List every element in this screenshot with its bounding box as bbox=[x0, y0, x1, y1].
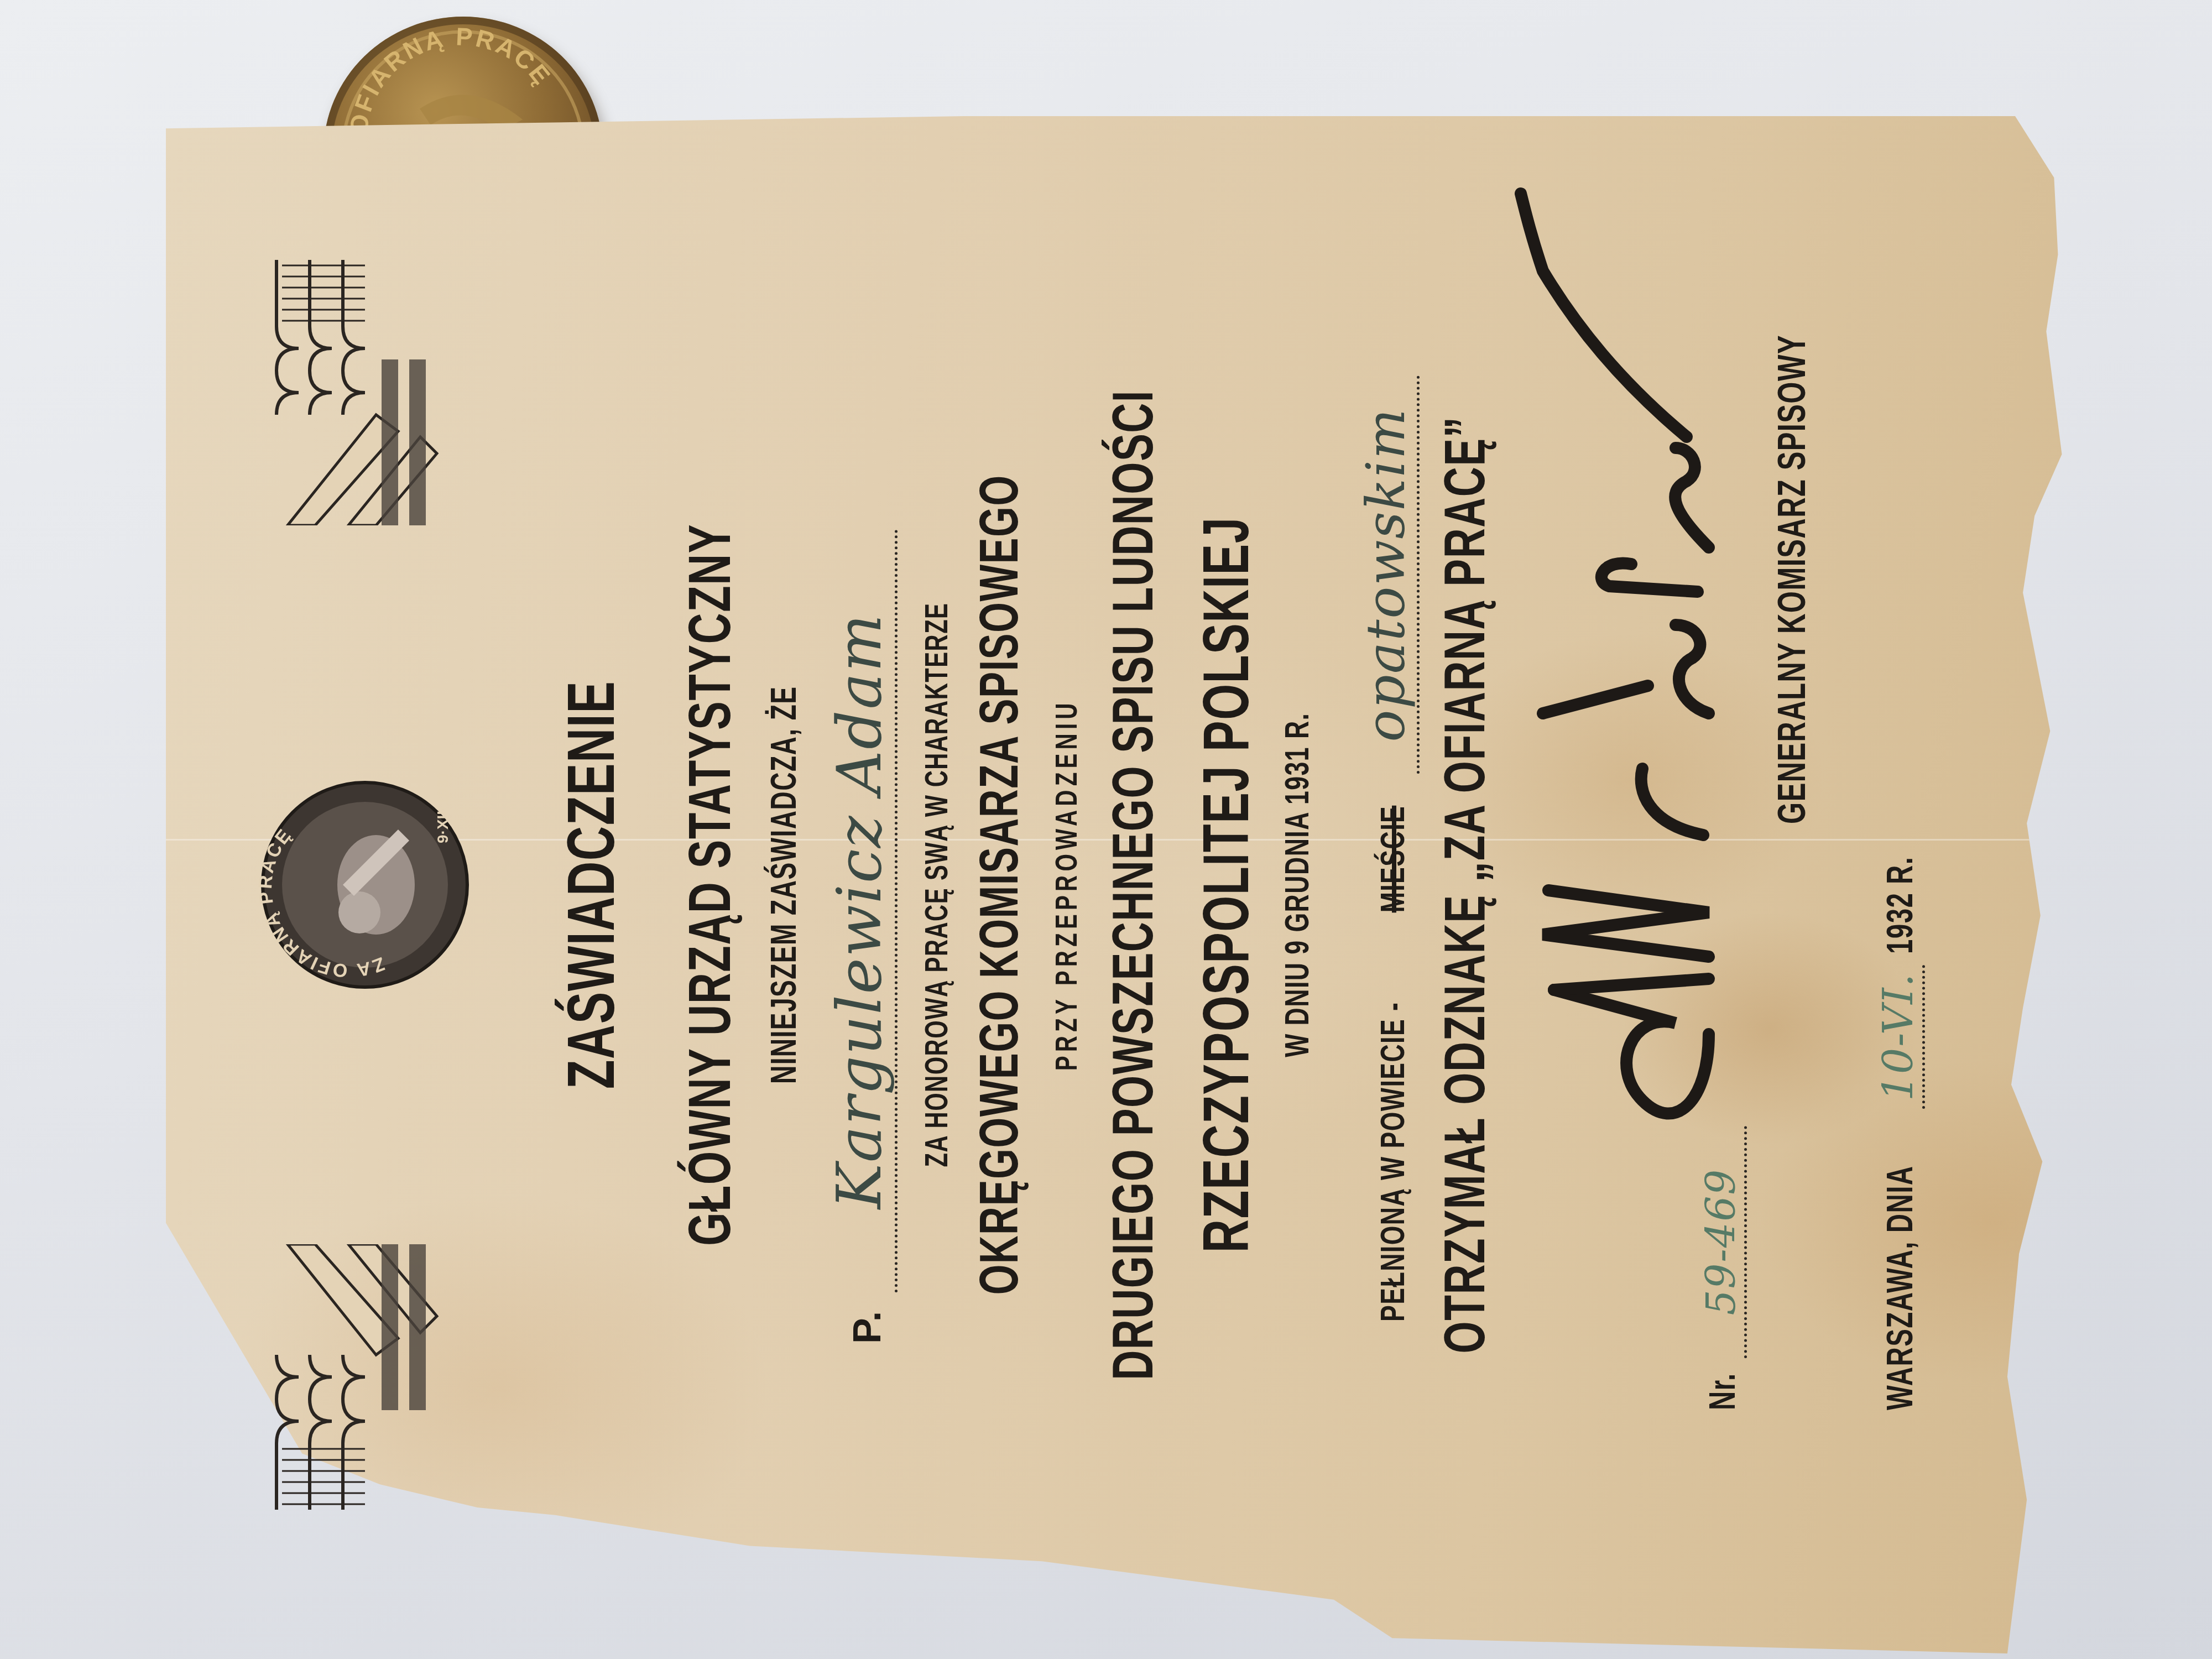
recipient-name-handwritten: Kargulewicz Adam bbox=[824, 613, 895, 1209]
place-date-line: WARSZAWA, DNIA 10-VI. 1932 R. bbox=[1875, 0, 1925, 1631]
number-line: Nr. 59-469 bbox=[1698, 0, 1747, 1631]
printed-medal-icon: ZA OFIARNĄ PRACĘ 9·XII·1931 bbox=[254, 774, 476, 995]
signatory-title-line: GENERALNY KOMISARZ SPISOWY bbox=[1770, 0, 1814, 1631]
number-label: Nr. bbox=[1701, 1373, 1743, 1410]
date-handwritten: 10-VI. bbox=[1875, 973, 1922, 1101]
role-line: OKRĘGOWEGO KOMISARZA SPISOWEGO bbox=[968, 138, 1030, 1631]
county-handwritten: opatowskim bbox=[1355, 408, 1417, 742]
struck-city-word: MIEŚCIE bbox=[1373, 805, 1412, 912]
certificate-paper: ZA OFIARNĄ PRACĘ 9·XII·1931 bbox=[166, 116, 2112, 1653]
wing-ornament-left-icon bbox=[254, 1244, 453, 1521]
certificate-content: ZA OFIARNĄ PRACĘ 9·XII·1931 bbox=[171, 138, 2107, 1631]
location-line: PEŁNIONĄ W POWIECIE - MIEŚCIE opatowskim bbox=[1355, 0, 1420, 1631]
wing-ornament-right-icon bbox=[254, 249, 453, 525]
country-line: RZECZYPOSPOLITEJ POLSKIEJ bbox=[1189, 138, 1263, 1631]
certificate-title: ZAŚWIADCZENIE bbox=[553, 138, 629, 1631]
number-value-handwritten: 59-469 bbox=[1698, 1168, 1744, 1315]
award-line: OTRZYMAŁ ODZNAKĘ „ZA OFIARNĄ PRACĘ” bbox=[1432, 138, 1498, 1631]
place-date-prefix: WARSZAWA, DNIA bbox=[1879, 1165, 1921, 1410]
issuer-name: GŁÓWNY URZĄD STATYSTYCZNY bbox=[675, 138, 744, 1631]
recipient-line: P. Kargulewicz Adam bbox=[824, 0, 898, 1631]
during-line: PRZY PRZEPROWADZENIU bbox=[1048, 138, 1084, 1631]
printed-medal-date: 9·XII·1931 bbox=[434, 774, 451, 843]
recipient-prefix: P. bbox=[846, 1310, 889, 1344]
honorary-work-line: ZA HONOROWĄ PRACĘ SWĄ W CHARAKTERZE bbox=[918, 138, 955, 1631]
date-year: 1932 R. bbox=[1879, 856, 1921, 954]
census-name-line: DRUGIEGO POWSZECHNEGO SPISU LUDNOŚCI bbox=[1100, 138, 1166, 1631]
certificate-emblem: ZA OFIARNĄ PRACĘ 9·XII·1931 bbox=[238, 249, 492, 1521]
census-date-line: W DNIU 9 GRUDNIA 1931 R. bbox=[1277, 138, 1317, 1631]
certifies-line: NINIEJSZEM ZAŚWIADCZA, ŻE bbox=[763, 138, 804, 1631]
